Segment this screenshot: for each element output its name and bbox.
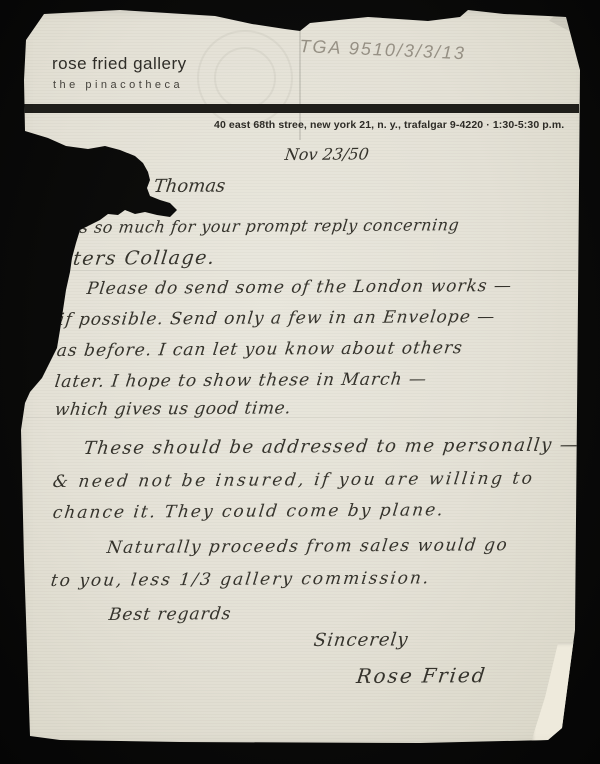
scan-background: rose fried gallery the pinacotheca 40 ea… [0,0,600,764]
letter-line-2: witters Collage. [37,247,216,270]
letter-line-7: which gives us good time. [54,398,293,420]
letter-line-6: later. I hope to show these in March — [54,369,429,392]
letter-line-11: Naturally proceeds from sales would go [106,535,510,558]
letter-line-1: nks so much for your prompt reply concer… [58,215,461,237]
embossed-watermark-inner [214,47,276,109]
horizontal-crease-upper [28,270,576,271]
top-right-corner-fold [549,14,579,36]
closing: Best regards [108,604,233,625]
signature: Rose Fried [355,663,488,688]
gallery-subtitle: the pinacotheca [53,79,183,91]
salutation: Thomas [153,176,227,197]
letterhead-address: 40 east 68th stree, new york 21, n. y., … [214,119,564,131]
letterhead-rule [22,104,579,113]
letter-date: Nov 23/50 [284,144,370,164]
letter-line-10: chance it. They could come by plane. [52,500,446,523]
valediction: Sincerely [313,629,410,651]
letter-paper: rose fried gallery the pinacotheca 40 ea… [0,0,600,764]
letter-line-5: as before. I can let you know about othe… [56,338,464,361]
letter-line-4: if possible. Send only a few in an Envel… [58,307,497,330]
letter-line-3: Please do send some of the London works … [86,276,513,299]
gallery-name: rose fried gallery [52,54,187,74]
letter-line-12: to you, less 1/3 gallery commission. [50,568,432,591]
archive-reference-annotation: TGA 9510/3/3/13 [299,36,466,64]
letter-line-9: & need not be insured, if you are willin… [52,469,536,492]
bottom-right-corner-fold [531,642,578,742]
letter-line-8: These should be addressed to me personal… [83,435,581,459]
